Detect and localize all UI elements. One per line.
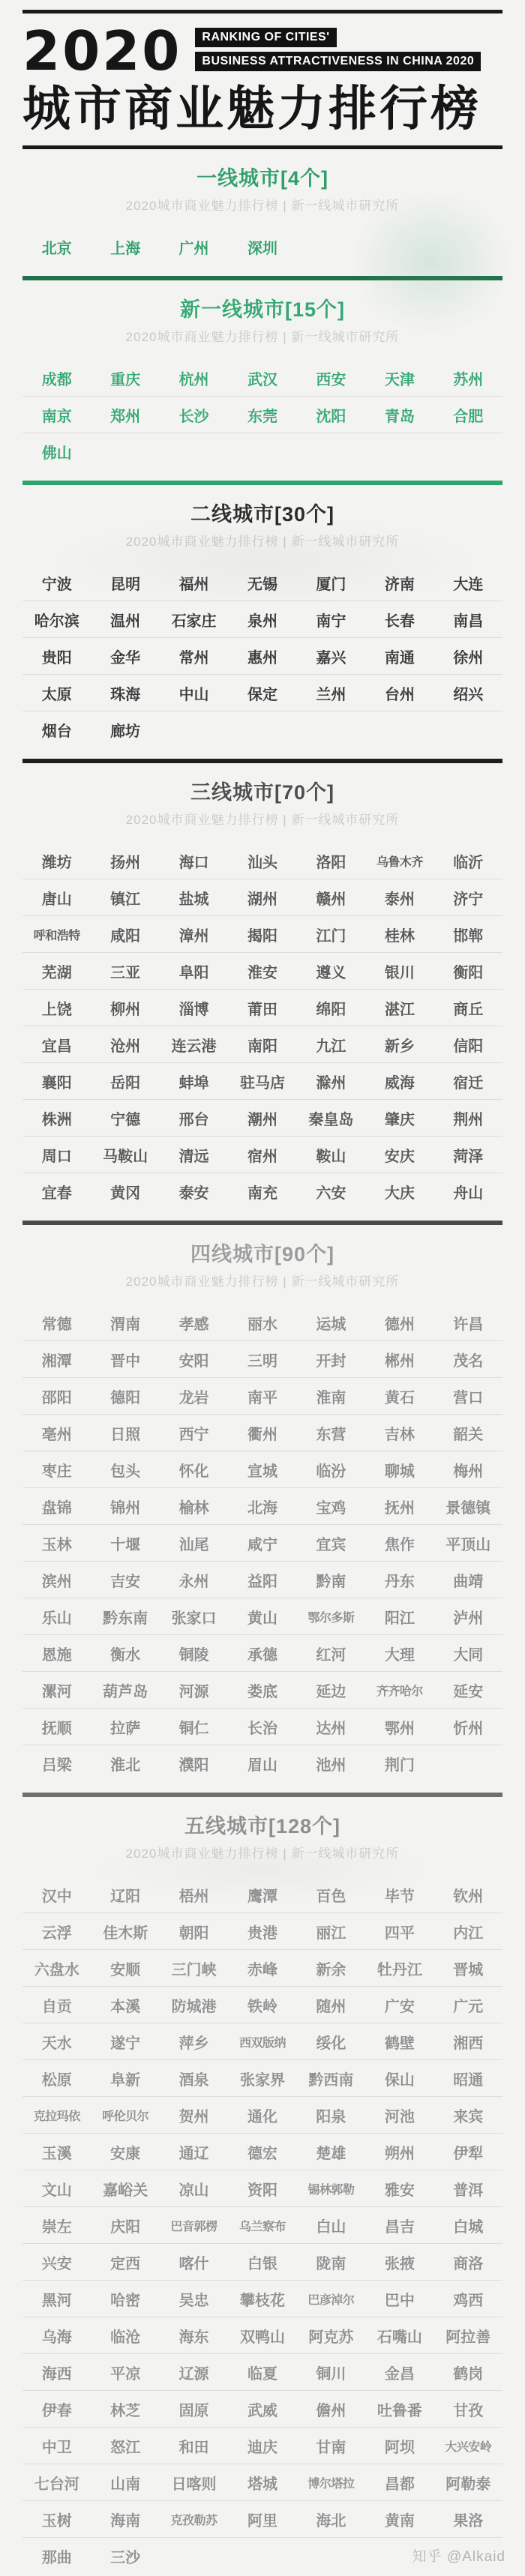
city-衡水: 衡水 xyxy=(91,1643,159,1664)
city-grid-tier2: 宁波昆明福州无锡厦门济南大连哈尔滨温州石家庄泉州南宁长春南昌贵阳金华常州惠州嘉兴… xyxy=(22,565,502,748)
header-badges: RANKING OF CITIES' BUSINESS ATTRACTIVENE… xyxy=(195,28,481,75)
city-驻马店: 驻马店 xyxy=(228,1071,296,1092)
city-row: 兴安定西喀什白银陇南张掖商洛 xyxy=(22,2244,502,2281)
city-重庆: 重庆 xyxy=(91,367,159,389)
city-威海: 威海 xyxy=(365,1071,433,1092)
city-池州: 池州 xyxy=(297,1753,365,1775)
city-黔东南: 黔东南 xyxy=(91,1606,159,1628)
city-衢州: 衢州 xyxy=(228,1422,296,1444)
city-许昌: 许昌 xyxy=(434,1312,502,1334)
city-grid-new-tier1: 成都重庆杭州武汉西安天津苏州南京郑州长沙东莞沈阳青岛合肥佛山 xyxy=(22,360,502,470)
city-row: 贵阳金华常州惠州嘉兴南通徐州 xyxy=(22,638,502,675)
city-晋中: 晋中 xyxy=(91,1349,159,1370)
city-百色: 百色 xyxy=(297,1884,365,1906)
city-亳州: 亳州 xyxy=(22,1422,91,1444)
city-伊春: 伊春 xyxy=(22,2398,91,2420)
city-柳州: 柳州 xyxy=(91,997,159,1019)
city-铜仁: 铜仁 xyxy=(160,1716,228,1738)
city-曲靖: 曲靖 xyxy=(434,1569,502,1591)
city-湖州: 湖州 xyxy=(228,887,296,909)
city-日喀则: 日喀则 xyxy=(160,2472,228,2494)
city-平顶山: 平顶山 xyxy=(434,1532,502,1554)
city-怀化: 怀化 xyxy=(160,1459,228,1481)
city-韶关: 韶关 xyxy=(434,1422,502,1444)
city-钦州: 钦州 xyxy=(434,1884,502,1906)
city-row: 恩施衡水铜陵承德红河大理大同 xyxy=(22,1635,502,1672)
city-常州: 常州 xyxy=(160,645,228,667)
city-鹤岗: 鹤岗 xyxy=(434,2362,502,2383)
city-南通: 南通 xyxy=(365,645,433,667)
city-赤峰: 赤峰 xyxy=(228,1957,296,1979)
city-渭南: 渭南 xyxy=(91,1312,159,1334)
city-grid-tier5: 汉中辽阳梧州鹰潭百色毕节钦州云浮佳木斯朝阳贵港丽江四平内江六盘水安顺三门峡赤峰新… xyxy=(22,1877,502,2575)
city-长治: 长治 xyxy=(228,1716,296,1738)
section-new-tier1: 新一线城市[15个]2020城市商业魅力排行榜 | 新一线城市研究所成都重庆杭州… xyxy=(0,280,525,485)
city-达州: 达州 xyxy=(297,1716,365,1738)
city-长沙: 长沙 xyxy=(160,404,228,426)
city-row: 周口马鞍山清远宿州鞍山安庆菏泽 xyxy=(22,1137,502,1173)
city-row: 松原阜新酒泉张家界黔西南保山昭通 xyxy=(22,2060,502,2097)
city-扬州: 扬州 xyxy=(91,850,159,872)
city-莆田: 莆田 xyxy=(228,997,296,1019)
city-自贡: 自贡 xyxy=(22,1994,91,2016)
city-row: 宁波昆明福州无锡厦门济南大连 xyxy=(22,565,502,601)
city-黔南: 黔南 xyxy=(297,1569,365,1591)
city-伊犁: 伊犁 xyxy=(434,2141,502,2163)
city-抚顺: 抚顺 xyxy=(22,1716,91,1738)
city-淮北: 淮北 xyxy=(91,1753,159,1775)
city-郑州: 郑州 xyxy=(91,404,159,426)
city-鞍山: 鞍山 xyxy=(297,1144,365,1166)
city-郴州: 郴州 xyxy=(365,1349,433,1370)
city-row: 文山嘉峪关凉山资阳锡林郭勒雅安普洱 xyxy=(22,2170,502,2207)
city-六安: 六安 xyxy=(297,1181,365,1203)
section-tier4: 四线城市[90个]2020城市商业魅力排行榜 | 新一线城市研究所常德渭南孝感丽… xyxy=(0,1225,525,1797)
city-榆林: 榆林 xyxy=(160,1496,228,1517)
city-银川: 银川 xyxy=(365,960,433,982)
city-益阳: 益阳 xyxy=(228,1569,296,1591)
city-襄阳: 襄阳 xyxy=(22,1071,91,1092)
city-台州: 台州 xyxy=(365,682,433,704)
city-本溪: 本溪 xyxy=(91,1994,159,2016)
city-塔城: 塔城 xyxy=(228,2472,296,2494)
city-乌海: 乌海 xyxy=(22,2325,91,2347)
city-乐山: 乐山 xyxy=(22,1606,91,1628)
city-吉林: 吉林 xyxy=(365,1422,433,1444)
city-朔州: 朔州 xyxy=(365,2141,433,2163)
city-黄南: 黄南 xyxy=(365,2509,433,2530)
city-玉溪: 玉溪 xyxy=(22,2141,91,2163)
city-巴彦淖尔: 巴彦淖尔 xyxy=(297,2290,365,2308)
header-year: 2020 xyxy=(22,24,181,78)
city-淄博: 淄博 xyxy=(160,997,228,1019)
city-张家口: 张家口 xyxy=(160,1606,228,1628)
city-row: 崇左庆阳巴音郭楞乌兰察布白山昌吉白城 xyxy=(22,2207,502,2244)
city-天水: 天水 xyxy=(22,2031,91,2053)
city-grid-tier1: 北京上海广州深圳 xyxy=(22,229,502,265)
city-楚雄: 楚雄 xyxy=(297,2141,365,2163)
city-合肥: 合肥 xyxy=(434,404,502,426)
city-宜宾: 宜宾 xyxy=(297,1532,365,1554)
city-阿克苏: 阿克苏 xyxy=(297,2325,365,2347)
city-洛阳: 洛阳 xyxy=(297,850,365,872)
city-九江: 九江 xyxy=(297,1034,365,1056)
city-平凉: 平凉 xyxy=(91,2362,159,2383)
city-row: 黑河哈密吴忠攀枝花巴彦淖尔巴中鸡西 xyxy=(22,2281,502,2317)
city-来宾: 来宾 xyxy=(434,2104,502,2126)
city-荆州: 荆州 xyxy=(434,1107,502,1129)
city-保山: 保山 xyxy=(365,2068,433,2089)
city-临沂: 临沂 xyxy=(434,850,502,872)
city-惠州: 惠州 xyxy=(228,645,296,667)
city-西安: 西安 xyxy=(297,367,365,389)
city-鹰潭: 鹰潭 xyxy=(228,1884,296,1906)
city-大庆: 大庆 xyxy=(365,1181,433,1203)
tier-subtitle: 2020城市商业魅力排行榜 | 新一线城市研究所 xyxy=(0,199,525,214)
city-row: 滨州吉安永州益阳黔南丹东曲靖 xyxy=(22,1562,502,1598)
city-黔西南: 黔西南 xyxy=(297,2068,365,2089)
city-row: 伊春林芝固原武威儋州吐鲁番甘孜 xyxy=(22,2391,502,2428)
city-张掖: 张掖 xyxy=(365,2251,433,2273)
city-十堰: 十堰 xyxy=(91,1532,159,1554)
city-大兴安岭: 大兴安岭 xyxy=(434,2437,502,2455)
city-阿里: 阿里 xyxy=(228,2509,296,2530)
city-河池: 河池 xyxy=(365,2104,433,2126)
city-揭阳: 揭阳 xyxy=(228,924,296,945)
city-迪庆: 迪庆 xyxy=(228,2435,296,2457)
city-铜陵: 铜陵 xyxy=(160,1643,228,1664)
city-新乡: 新乡 xyxy=(365,1034,433,1056)
city-秦皇岛: 秦皇岛 xyxy=(297,1107,365,1129)
city-蚌埠: 蚌埠 xyxy=(160,1071,228,1092)
city-玉林: 玉林 xyxy=(22,1532,91,1554)
city-嘉兴: 嘉兴 xyxy=(297,645,365,667)
city-桂林: 桂林 xyxy=(365,924,433,945)
city-孝感: 孝感 xyxy=(160,1312,228,1334)
city-海北: 海北 xyxy=(297,2509,365,2530)
city-普洱: 普洱 xyxy=(434,2178,502,2200)
city-宁德: 宁德 xyxy=(91,1107,159,1129)
city-广州: 广州 xyxy=(160,236,228,258)
city-梅州: 梅州 xyxy=(434,1459,502,1481)
city-红河: 红河 xyxy=(297,1643,365,1664)
city-江门: 江门 xyxy=(297,924,365,945)
city-宝鸡: 宝鸡 xyxy=(297,1496,365,1517)
city-武威: 武威 xyxy=(228,2398,296,2420)
tier-sections: 一线城市[4个]2020城市商业魅力排行榜 | 新一线城市研究所北京上海广州深圳… xyxy=(0,149,525,2575)
city-晋城: 晋城 xyxy=(434,1957,502,1979)
city-承德: 承德 xyxy=(228,1643,296,1664)
city-绵阳: 绵阳 xyxy=(297,997,365,1019)
city-深圳: 深圳 xyxy=(228,236,296,258)
city-荆门: 荆门 xyxy=(365,1753,433,1775)
city-row: 玉林十堰汕尾咸宁宜宾焦作平顶山 xyxy=(22,1525,502,1562)
city-中山: 中山 xyxy=(160,682,228,704)
city-row: 抚顺拉萨铜仁长治达州鄂州忻州 xyxy=(22,1709,502,1745)
city-厦门: 厦门 xyxy=(297,572,365,594)
city-row: 北京上海广州深圳 xyxy=(22,229,502,265)
city-河源: 河源 xyxy=(160,1679,228,1701)
city-东营: 东营 xyxy=(297,1422,365,1444)
city-天津: 天津 xyxy=(365,367,433,389)
city-烟台: 烟台 xyxy=(22,719,91,741)
city-哈尔滨: 哈尔滨 xyxy=(22,609,91,631)
city-廊坊: 廊坊 xyxy=(91,719,159,741)
section-tier5: 五线城市[128个]2020城市商业魅力排行榜 | 新一线城市研究所汉中辽阳梧州… xyxy=(0,1797,525,2575)
city-乌兰察布: 乌兰察布 xyxy=(228,2217,296,2234)
city-昭通: 昭通 xyxy=(434,2068,502,2089)
city-上饶: 上饶 xyxy=(22,997,91,1019)
city-安康: 安康 xyxy=(91,2141,159,2163)
tier-title-tier5: 五线城市[128个] xyxy=(0,1814,525,1839)
city-临汾: 临汾 xyxy=(297,1459,365,1481)
city-row: 潍坊扬州海口汕头洛阳乌鲁木齐临沂 xyxy=(22,843,502,879)
city-漳州: 漳州 xyxy=(160,924,228,945)
city-贵阳: 贵阳 xyxy=(22,645,91,667)
city-淮南: 淮南 xyxy=(297,1385,365,1407)
city-row: 太原珠海中山保定兰州台州绍兴 xyxy=(22,675,502,711)
city-随州: 随州 xyxy=(297,1994,365,2016)
city-东莞: 东莞 xyxy=(228,404,296,426)
city-焦作: 焦作 xyxy=(365,1532,433,1554)
city-毕节: 毕节 xyxy=(365,1884,433,1906)
city-乌鲁木齐: 乌鲁木齐 xyxy=(365,852,433,870)
infographic-page: 2020 RANKING OF CITIES' BUSINESS ATTRACT… xyxy=(0,0,525,2576)
city-三门峡: 三门峡 xyxy=(160,1957,228,1979)
city-row: 海西平凉辽源临夏铜川金昌鹤岗 xyxy=(22,2354,502,2391)
city-沧州: 沧州 xyxy=(91,1034,159,1056)
section-tier2: 二线城市[30个]2020城市商业魅力排行榜 | 新一线城市研究所宁波昆明福州无… xyxy=(0,485,525,763)
city-广元: 广元 xyxy=(434,1994,502,2016)
city-果洛: 果洛 xyxy=(434,2509,502,2530)
city-黄冈: 黄冈 xyxy=(91,1181,159,1203)
city-锦州: 锦州 xyxy=(91,1496,159,1517)
city-无锡: 无锡 xyxy=(228,572,296,594)
city-佛山: 佛山 xyxy=(22,441,91,463)
city-开封: 开封 xyxy=(297,1349,365,1370)
city-湘西: 湘西 xyxy=(434,2031,502,2053)
city-龙岩: 龙岩 xyxy=(160,1385,228,1407)
city-鄂尔多斯: 鄂尔多斯 xyxy=(297,1608,365,1625)
city-row: 七台河山南日喀则塔城博尔塔拉昌都阿勒泰 xyxy=(22,2464,502,2501)
city-遂宁: 遂宁 xyxy=(91,2031,159,2053)
city-固原: 固原 xyxy=(160,2398,228,2420)
tier-title-tier3: 三线城市[70个] xyxy=(0,780,525,805)
city-菏泽: 菏泽 xyxy=(434,1144,502,1166)
city-济南: 济南 xyxy=(365,572,433,594)
city-row: 邵阳德阳龙岩南平淮南黄石营口 xyxy=(22,1378,502,1415)
city-row: 唐山镇江盐城湖州赣州泰州济宁 xyxy=(22,879,502,916)
city-泸州: 泸州 xyxy=(434,1606,502,1628)
header-badge-line1: RANKING OF CITIES' xyxy=(195,28,336,47)
city-辽阳: 辽阳 xyxy=(91,1884,159,1906)
city-黄石: 黄石 xyxy=(365,1385,433,1407)
city-咸阳: 咸阳 xyxy=(91,924,159,945)
city-枣庄: 枣庄 xyxy=(22,1459,91,1481)
city-丽江: 丽江 xyxy=(297,1921,365,1942)
city-文山: 文山 xyxy=(22,2178,91,2200)
city-row: 云浮佳木斯朝阳贵港丽江四平内江 xyxy=(22,1913,502,1950)
city-盘锦: 盘锦 xyxy=(22,1496,91,1517)
tier-title-tier2: 二线城市[30个] xyxy=(0,502,525,527)
city-克孜勒苏: 克孜勒苏 xyxy=(160,2511,228,2528)
city-南宁: 南宁 xyxy=(297,609,365,631)
city-丽水: 丽水 xyxy=(228,1312,296,1334)
city-商洛: 商洛 xyxy=(434,2251,502,2273)
city-延安: 延安 xyxy=(434,1679,502,1701)
city-兴安: 兴安 xyxy=(22,2251,91,2273)
city-淮安: 淮安 xyxy=(228,960,296,982)
city-阜新: 阜新 xyxy=(91,2068,159,2089)
city-永州: 永州 xyxy=(160,1569,228,1591)
city-昆明: 昆明 xyxy=(91,572,159,594)
city-佳木斯: 佳木斯 xyxy=(91,1921,159,1942)
city-镇江: 镇江 xyxy=(91,887,159,909)
city-忻州: 忻州 xyxy=(434,1716,502,1738)
city-row: 南京郑州长沙东莞沈阳青岛合肥 xyxy=(22,397,502,433)
city-攀枝花: 攀枝花 xyxy=(228,2288,296,2310)
city-吴忠: 吴忠 xyxy=(160,2288,228,2310)
city-包头: 包头 xyxy=(91,1459,159,1481)
city-grid-tier4: 常德渭南孝感丽水运城德州许昌湘潭晋中安阳三明开封郴州茂名邵阳德阳龙岩南平淮南黄石… xyxy=(22,1304,502,1782)
city-肇庆: 肇庆 xyxy=(365,1107,433,1129)
tier-subtitle: 2020城市商业魅力排行榜 | 新一线城市研究所 xyxy=(0,330,525,345)
city-聊城: 聊城 xyxy=(365,1459,433,1481)
city-宿州: 宿州 xyxy=(228,1144,296,1166)
city-山南: 山南 xyxy=(91,2472,159,2494)
city-松原: 松原 xyxy=(22,2068,91,2089)
city-宜春: 宜春 xyxy=(22,1181,91,1203)
city-眉山: 眉山 xyxy=(228,1753,296,1775)
city-阿勒泰: 阿勒泰 xyxy=(434,2472,502,2494)
city-row: 成都重庆杭州武汉西安天津苏州 xyxy=(22,360,502,397)
city-庆阳: 庆阳 xyxy=(91,2215,159,2236)
city-清远: 清远 xyxy=(160,1144,228,1166)
city-安庆: 安庆 xyxy=(365,1144,433,1166)
watermark-credit: 知乎 @Alkaid xyxy=(412,2545,505,2566)
city-阜阳: 阜阳 xyxy=(160,960,228,982)
city-甘南: 甘南 xyxy=(297,2435,365,2457)
city-大同: 大同 xyxy=(434,1643,502,1664)
city-连云港: 连云港 xyxy=(160,1034,228,1056)
city-临夏: 临夏 xyxy=(228,2362,296,2383)
city-广安: 广安 xyxy=(365,1994,433,2016)
city-row: 枣庄包头怀化宣城临汾聊城梅州 xyxy=(22,1451,502,1488)
city-黄山: 黄山 xyxy=(228,1606,296,1628)
city-营口: 营口 xyxy=(434,1385,502,1407)
city-row: 玉溪安康通辽德宏楚雄朔州伊犁 xyxy=(22,2134,502,2170)
city-row: 亳州日照西宁衢州东营吉林韶关 xyxy=(22,1415,502,1451)
city-阿拉善: 阿拉善 xyxy=(434,2325,502,2347)
city-林芝: 林芝 xyxy=(91,2398,159,2420)
city-马鞍山: 马鞍山 xyxy=(91,1144,159,1166)
city-湛江: 湛江 xyxy=(365,997,433,1019)
city-北海: 北海 xyxy=(228,1496,296,1517)
city-宿迁: 宿迁 xyxy=(434,1071,502,1092)
city-row: 克拉玛依呼伦贝尔贺州通化阳泉河池来宾 xyxy=(22,2097,502,2134)
city-row: 汉中辽阳梧州鹰潭百色毕节钦州 xyxy=(22,1877,502,1913)
city-哈密: 哈密 xyxy=(91,2288,159,2310)
city-白银: 白银 xyxy=(228,2251,296,2273)
city-娄底: 娄底 xyxy=(228,1679,296,1701)
city-白城: 白城 xyxy=(434,2215,502,2236)
city-赣州: 赣州 xyxy=(297,887,365,909)
city-定西: 定西 xyxy=(91,2251,159,2273)
city-海西: 海西 xyxy=(22,2362,91,2383)
tier-subtitle: 2020城市商业魅力排行榜 | 新一线城市研究所 xyxy=(0,1275,525,1289)
city-鸡西: 鸡西 xyxy=(434,2288,502,2310)
city-宜昌: 宜昌 xyxy=(22,1034,91,1056)
city-怒江: 怒江 xyxy=(91,2435,159,2457)
city-白山: 白山 xyxy=(297,2215,365,2236)
city-漯河: 漯河 xyxy=(22,1679,91,1701)
city-鹤壁: 鹤壁 xyxy=(365,2031,433,2053)
city-德宏: 德宏 xyxy=(228,2141,296,2163)
city-长春: 长春 xyxy=(365,609,433,631)
city-徐州: 徐州 xyxy=(434,645,502,667)
city-黑河: 黑河 xyxy=(22,2288,91,2310)
city-萍乡: 萍乡 xyxy=(160,2031,228,2053)
city-新余: 新余 xyxy=(297,1957,365,1979)
city-row: 襄阳岳阳蚌埠驻马店滁州威海宿迁 xyxy=(22,1063,502,1100)
city-阿坝: 阿坝 xyxy=(365,2435,433,2457)
city-锡林郭勒: 锡林郭勒 xyxy=(297,2180,365,2197)
header-badge-line2: BUSINESS ATTRACTIVENESS IN CHINA 2020 xyxy=(195,52,481,71)
city-汉中: 汉中 xyxy=(22,1884,91,1906)
city-德州: 德州 xyxy=(365,1312,433,1334)
city-青岛: 青岛 xyxy=(365,404,433,426)
city-通化: 通化 xyxy=(228,2104,296,2126)
city-博尔塔拉: 博尔塔拉 xyxy=(297,2474,365,2491)
city-海东: 海东 xyxy=(160,2325,228,2347)
city-海南: 海南 xyxy=(91,2509,159,2530)
city-崇左: 崇左 xyxy=(22,2215,91,2236)
city-甘孜: 甘孜 xyxy=(434,2398,502,2420)
city-六盘水: 六盘水 xyxy=(22,1957,91,1979)
city-周口: 周口 xyxy=(22,1144,91,1166)
city-吐鲁番: 吐鲁番 xyxy=(365,2398,433,2420)
city-row: 六盘水安顺三门峡赤峰新余牡丹江晋城 xyxy=(22,1950,502,1987)
city-南京: 南京 xyxy=(22,404,91,426)
city-衡阳: 衡阳 xyxy=(434,960,502,982)
section-tier1: 一线城市[4个]2020城市商业魅力排行榜 | 新一线城市研究所北京上海广州深圳 xyxy=(0,149,525,280)
city-三明: 三明 xyxy=(228,1349,296,1370)
city-汕头: 汕头 xyxy=(228,850,296,872)
tier-title-tier1: 一线城市[4个] xyxy=(0,166,525,191)
city-临沧: 临沧 xyxy=(91,2325,159,2347)
city-南平: 南平 xyxy=(228,1385,296,1407)
city-南充: 南充 xyxy=(228,1181,296,1203)
tier-subtitle: 2020城市商业魅力排行榜 | 新一线城市研究所 xyxy=(0,813,525,828)
city-朝阳: 朝阳 xyxy=(160,1921,228,1942)
city-盐城: 盐城 xyxy=(160,887,228,909)
city-row: 中卫怒江和田迪庆甘南阿坝大兴安岭 xyxy=(22,2428,502,2464)
city-苏州: 苏州 xyxy=(434,367,502,389)
city-泰州: 泰州 xyxy=(365,887,433,909)
city-梧州: 梧州 xyxy=(160,1884,228,1906)
city-铁岭: 铁岭 xyxy=(228,1994,296,2016)
city-嘉峪关: 嘉峪关 xyxy=(91,2178,159,2200)
tier-subtitle: 2020城市商业魅力排行榜 | 新一线城市研究所 xyxy=(0,1847,525,1862)
city-row: 盘锦锦州榆林北海宝鸡抚州景德镇 xyxy=(22,1488,502,1525)
city-绥化: 绥化 xyxy=(297,2031,365,2053)
city-row: 吕梁淮北濮阳眉山池州荆门 xyxy=(22,1745,502,1782)
city-喀什: 喀什 xyxy=(160,2251,228,2273)
city-row: 株洲宁德邢台潮州秦皇岛肇庆荆州 xyxy=(22,1100,502,1137)
city-row: 芜湖三亚阜阳淮安遵义银川衡阳 xyxy=(22,953,502,990)
city-濮阳: 濮阳 xyxy=(160,1753,228,1775)
city-汕尾: 汕尾 xyxy=(160,1532,228,1554)
